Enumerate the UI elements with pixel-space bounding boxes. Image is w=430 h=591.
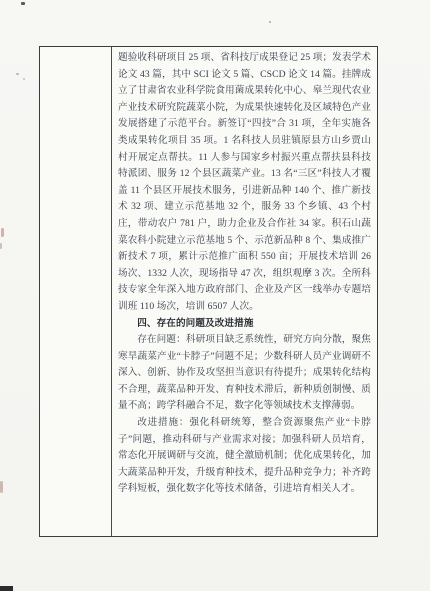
- table-content-cell: 题验收科研项目 25 项、省科技厅成果登记 25 项；发表学术论文 43 篇，其…: [112, 47, 377, 536]
- report-table: 题验收科研项目 25 项、省科技厅成果登记 25 项；发表学术论文 43 篇，其…: [39, 46, 378, 537]
- paragraph-existing-problems: 存在问题：科研项目缺乏系统性，研究方向分散，聚焦寒旱蔬菜产业“卡脖子”问题不足；…: [118, 332, 371, 415]
- scan-speck: [0, 481, 3, 493]
- scan-speck: [16, 73, 19, 75]
- scan-speck: [269, 21, 271, 23]
- table-label-cell: [40, 47, 112, 536]
- scan-speck: [23, 78, 25, 80]
- scan-speck: [21, 2, 25, 5]
- scan-speck: [1, 228, 4, 237]
- scan-speck: [0, 243, 2, 249]
- paragraph-achievements: 题验收科研项目 25 项、省科技厅成果登记 25 项；发表学术论文 43 篇，其…: [118, 50, 371, 316]
- scan-edge-artifact: [0, 586, 13, 591]
- scanned-document-page: 题验收科研项目 25 项、省科技厅成果登记 25 项；发表学术论文 43 篇，其…: [0, 0, 430, 591]
- section-heading-problems-measures: 四、存在的问题及改进措施: [118, 316, 371, 333]
- paragraph-improvement-measures: 改进措施：强化科研统筹，整合资源聚焦产业“卡脖子”问题，推动科研与产业需求对接；…: [118, 415, 371, 498]
